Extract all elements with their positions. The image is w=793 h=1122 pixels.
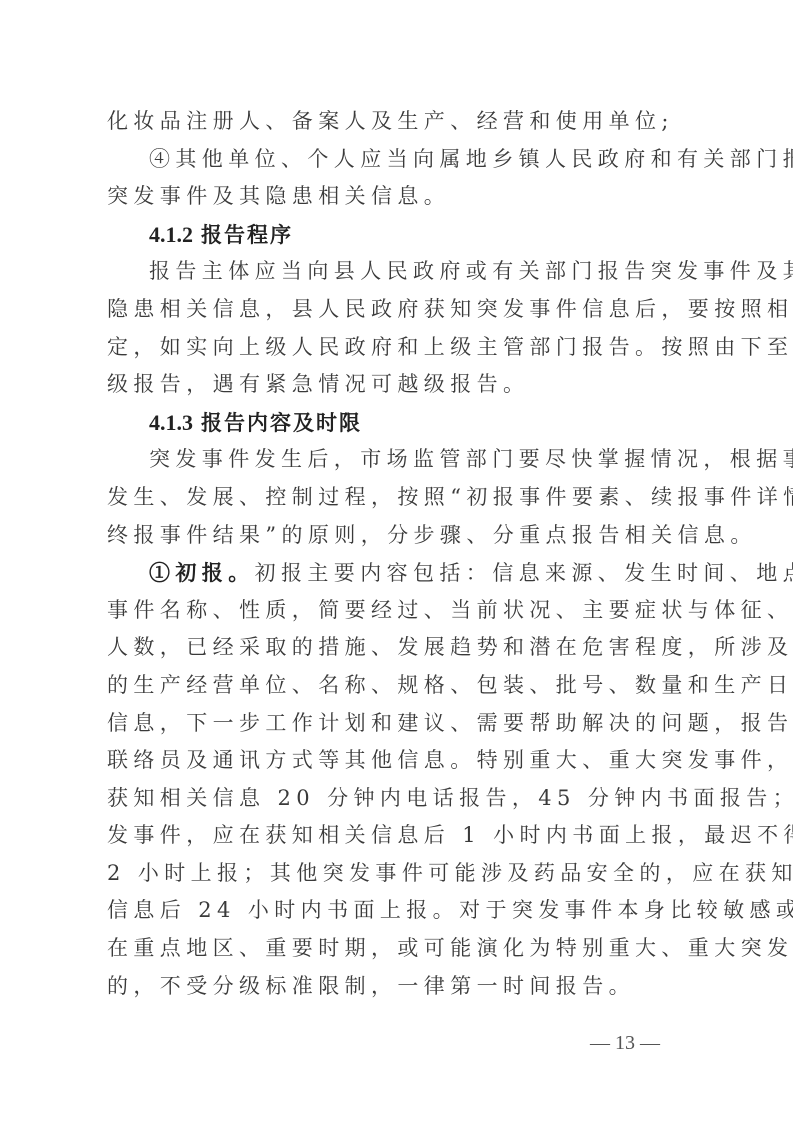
body-line: 突发事件发生后，市场监管部门要尽快掌握情况，根据事件 <box>107 441 697 479</box>
body-text: 初报主要内容包括：信息来源、发生时间、地点、 <box>255 561 793 585</box>
body-line: 联络员及通讯方式等其他信息。特别重大、重大突发事件，应在 <box>107 742 697 780</box>
body-line: 隐患相关信息，县人民政府获知突发事件信息后，要按照相关规 <box>107 291 697 329</box>
body-line: 突发事件及其隐患相关信息。 <box>107 178 697 216</box>
body-line: 信息，下一步工作计划和建议、需要帮助解决的问题，报告单位、 <box>107 705 697 743</box>
page-number: — 13 — <box>590 1032 660 1055</box>
body-line: 定，如实向上级人民政府和上级主管部门报告。按照由下至上逐 <box>107 329 697 367</box>
section-number: 4.1.3 <box>149 410 193 435</box>
body-line: 人数，已经采取的措施、发展趋势和潜在危害程度，所涉及产品 <box>107 629 697 667</box>
section-heading-4-1-3: 4.1.3报告内容及时限 <box>107 404 697 442</box>
initial-report-line: ①初报。初报主要内容包括：信息来源、发生时间、地点、 <box>107 554 697 592</box>
body-line: 信息后 24 小时内书面上报。对于突发事件本身比较敏感或发生 <box>107 892 697 930</box>
body-line: ④其他单位、个人应当向属地乡镇人民政府和有关部门报告 <box>107 141 697 179</box>
body-line: 发事件，应在获知相关信息后 1 小时内书面上报，最迟不得晚于 <box>107 817 697 855</box>
body-line: 获知相关信息 20 分钟内电话报告，45 分钟内书面报告；较大突 <box>107 780 697 818</box>
body-line: 事件名称、性质，简要经过、当前状况、主要症状与体征、伤亡 <box>107 592 697 630</box>
section-title: 报告内容及时限 <box>201 410 362 435</box>
section-heading-4-1-2: 4.1.2报告程序 <box>107 216 697 254</box>
body-line: 2 小时上报；其他突发事件可能涉及药品安全的，应在获知相关 <box>107 855 697 893</box>
section-number: 4.1.2 <box>149 222 193 247</box>
body-line: 化妆品注册人、备案人及生产、经营和使用单位; <box>107 103 697 141</box>
body-line: 在重点地区、重要时期，或可能演化为特别重大、重大突发事件 <box>107 930 697 968</box>
document-page: 化妆品注册人、备案人及生产、经营和使用单位; ④其他单位、个人应当向属地乡镇人民… <box>107 103 697 1005</box>
body-line: 的生产经营单位、名称、规格、包装、批号、数量和生产日期等 <box>107 667 697 705</box>
section-title: 报告程序 <box>201 222 293 247</box>
initial-report-label: ①初报。 <box>149 560 255 585</box>
body-line: 报告主体应当向县人民政府或有关部门报告突发事件及其 <box>107 253 697 291</box>
body-line: 的，不受分级标准限制，一律第一时间报告。 <box>107 968 697 1006</box>
body-line: 终报事件结果”的原则，分步骤、分重点报告相关信息。 <box>107 517 697 555</box>
body-line: 发生、发展、控制过程，按照“初报事件要素、续报事件详情、 <box>107 479 697 517</box>
body-line: 级报告，遇有紧急情况可越级报告。 <box>107 366 697 404</box>
